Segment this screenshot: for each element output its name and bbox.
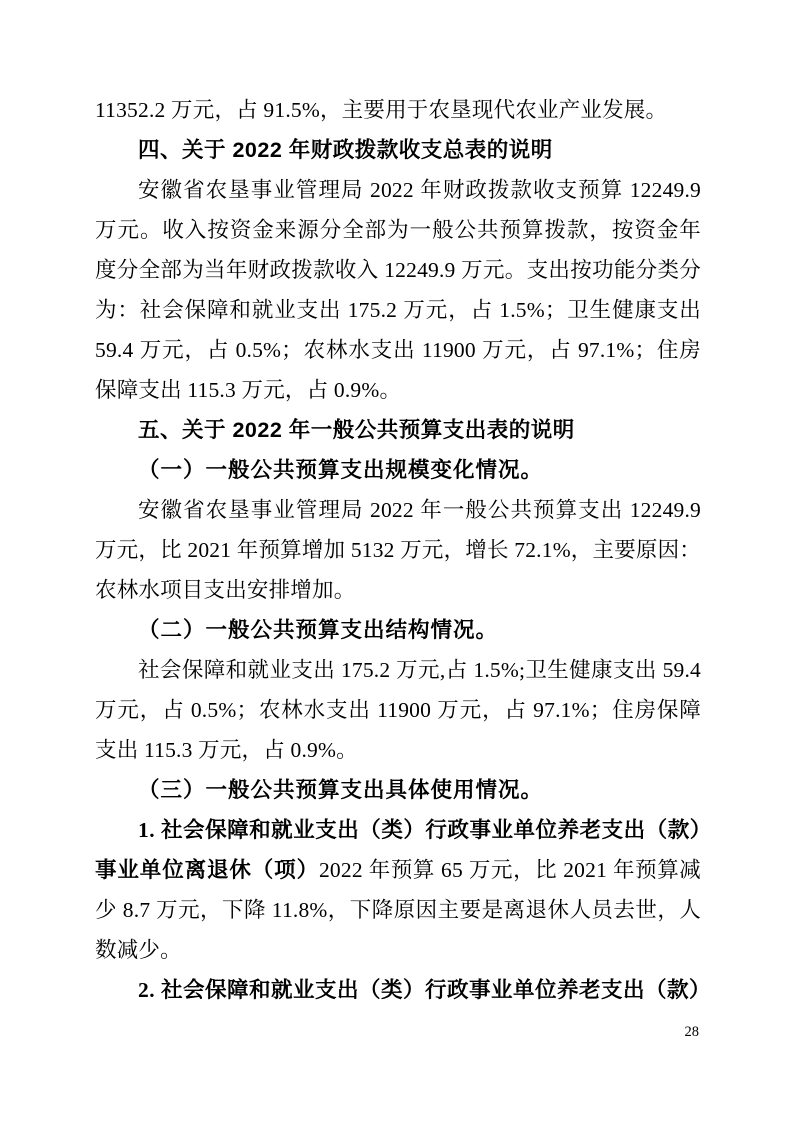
page-content: 11352.2 万元，占 91.5%，主要用于农垦现代农业产业发展。 四、关于 … [95,90,701,1010]
subheading-two-structure: （二）一般公共预算支出结构情况。 [95,610,701,650]
item-2-bold-title: 2. 社会保障和就业支出（类）行政事业单位养老支出（款） [95,970,701,1010]
paragraph-budget-structure: 社会保障和就业支出 175.2 万元,占 1.5%;卫生健康支出 59.4 万元… [95,650,701,770]
section-heading-five: 五、关于 2022 年一般公共预算支出表的说明 [95,410,701,450]
section-heading-four: 四、关于 2022 年财政拨款收支总表的说明 [95,130,701,170]
page-number: 28 [685,1022,700,1042]
subheading-three-specific-usage: （三）一般公共预算支出具体使用情况。 [95,770,701,810]
paragraph-fiscal-appropriation-summary: 安徽省农垦事业管理局 2022 年财政拨款收支预算 12249.9 万元。收入按… [95,170,701,410]
paragraph-budget-scale-change: 安徽省农垦事业管理局 2022 年一般公共预算支出 12249.9 万元，比 2… [95,490,701,610]
paragraph-continued-from-previous-page: 11352.2 万元，占 91.5%，主要用于农垦现代农业产业发展。 [95,90,701,130]
paragraph-item-1: 1. 社会保障和就业支出（类）行政事业单位养老支出（款）事业单位离退休（项）20… [95,810,701,970]
subheading-one-scale-change: （一）一般公共预算支出规模变化情况。 [95,450,701,490]
document-page: 11352.2 万元，占 91.5%，主要用于农垦现代农业产业发展。 四、关于 … [0,0,794,1122]
